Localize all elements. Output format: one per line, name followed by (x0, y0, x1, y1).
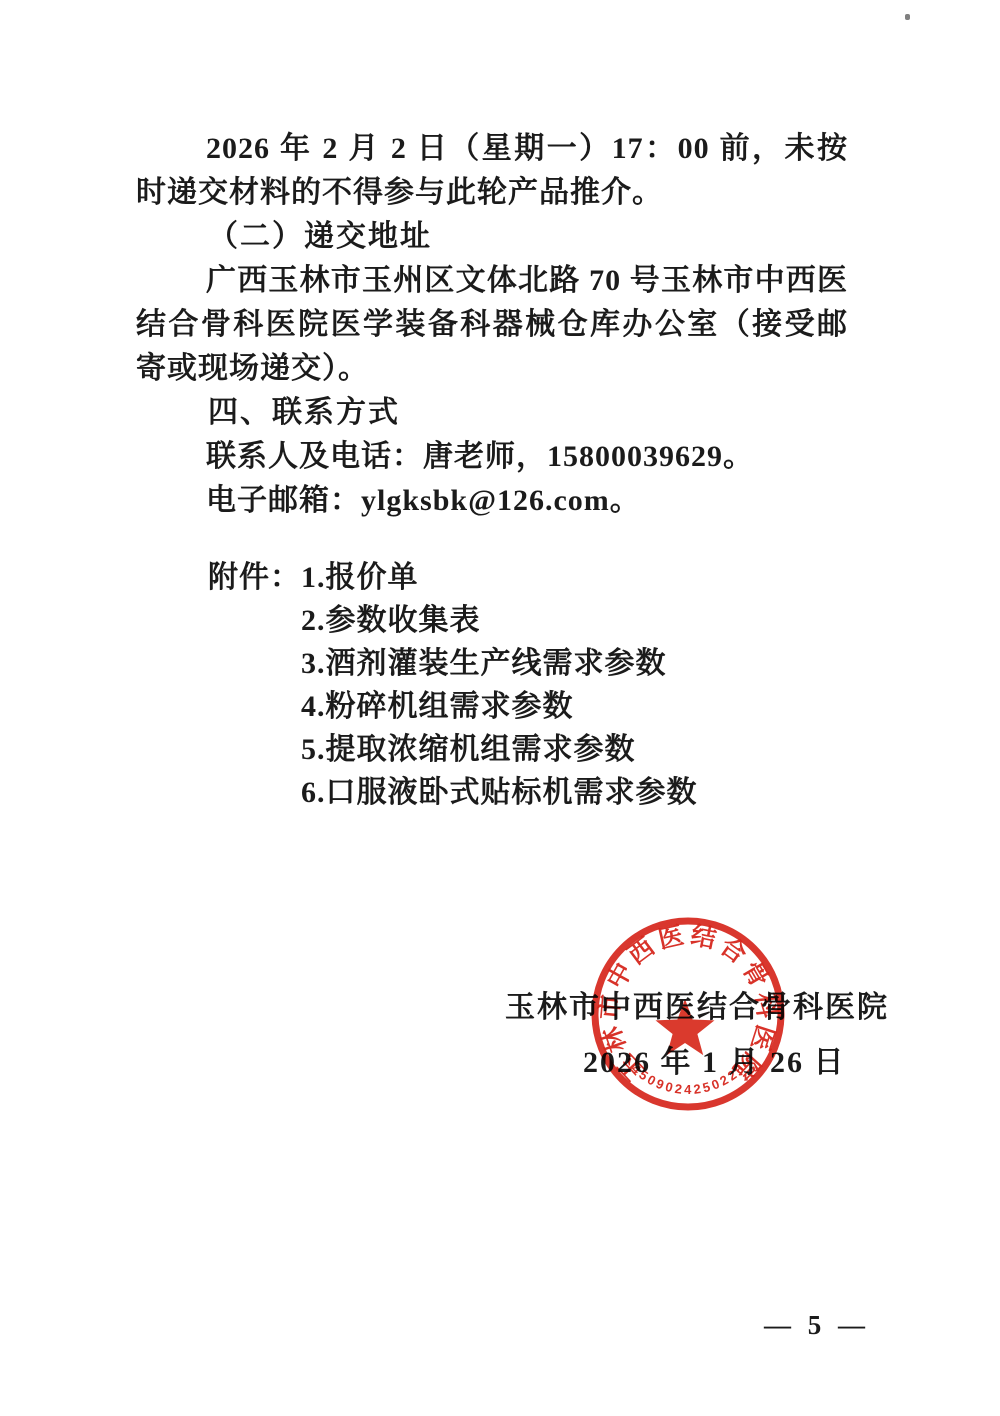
attachment-item: 4.粉碎机组需求参数 (301, 685, 698, 728)
paragraph-contact-phone: 联系人及电话：唐老师，15800039629。 (136, 435, 848, 479)
attachment-item: 2.参数收集表 (301, 599, 698, 642)
attachment-item: 6.口服液卧式贴标机需求参数 (301, 771, 698, 814)
heading-section-2-submission-address: （二）递交地址 (136, 215, 848, 259)
attachments-block: 附件： 1.报价单 2.参数收集表 3.酒剂灌装生产线需求参数 4.粉碎机组需求… (136, 556, 848, 814)
paragraph-deadline: 2026 年 2 月 2 日（星期一）17：00 前，未按时递交材料的不得参与此… (136, 127, 848, 215)
signature-organization: 玉林市中西医结合骨科医院 (505, 982, 889, 1026)
attachment-item: 5.提取浓缩机组需求参数 (301, 728, 698, 771)
signature-date: 2026 年 1 月 26 日 (583, 1037, 846, 1081)
attachment-item: 1.报价单 (301, 556, 698, 599)
document-page: 2026 年 2 月 2 日（星期一）17：00 前，未按时递交材料的不得参与此… (0, 0, 1000, 1416)
attachments-list: 1.报价单 2.参数收集表 3.酒剂灌装生产线需求参数 4.粉碎机组需求参数 5… (301, 556, 698, 814)
page-number: — 5 — (764, 1310, 870, 1341)
paragraph-email: 电子邮箱：ylgksbk@126.com。 (136, 479, 848, 523)
attachment-item: 3.酒剂灌装生产线需求参数 (301, 642, 698, 685)
heading-section-4-contact: 四、联系方式 (136, 391, 848, 435)
document-body: 2026 年 2 月 2 日（星期一）17：00 前，未按时递交材料的不得参与此… (136, 127, 848, 814)
paragraph-address: 广西玉林市玉州区文体北路 70 号玉林市中西医结合骨科医院医学装备科器械仓库办公… (136, 259, 848, 391)
attachments-label: 附件： (208, 556, 301, 599)
scan-artifact-dot (905, 14, 910, 20)
